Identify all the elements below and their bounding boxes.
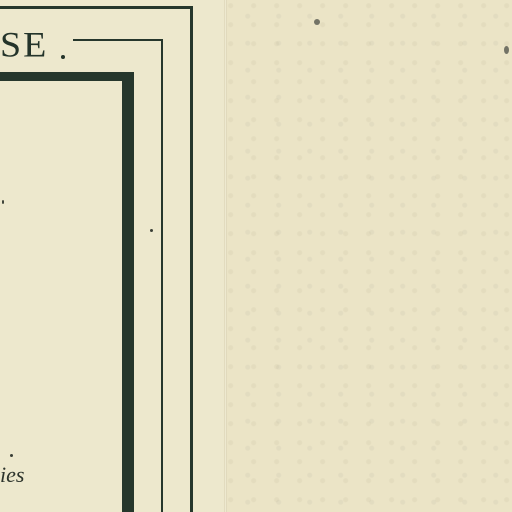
- outer-border-top: [0, 6, 193, 9]
- map-mark: [2, 200, 4, 204]
- map-mark: [150, 229, 153, 232]
- place-name-fragment: ies: [0, 462, 24, 488]
- paper-speck: [314, 19, 320, 25]
- thin-border-top: [73, 39, 163, 41]
- map-mark: [10, 454, 13, 457]
- map-scan: SE ies: [0, 0, 512, 512]
- backing-paper: [226, 0, 512, 512]
- sheet-edge: [224, 0, 227, 512]
- outer-border-right: [190, 6, 193, 512]
- map-title-fragment: SE: [0, 27, 48, 63]
- thin-border-right: [161, 39, 163, 512]
- thick-frame-right: [122, 72, 134, 512]
- title-period: [61, 55, 65, 59]
- paper-speck: [504, 46, 509, 54]
- thick-frame-top: [0, 72, 132, 81]
